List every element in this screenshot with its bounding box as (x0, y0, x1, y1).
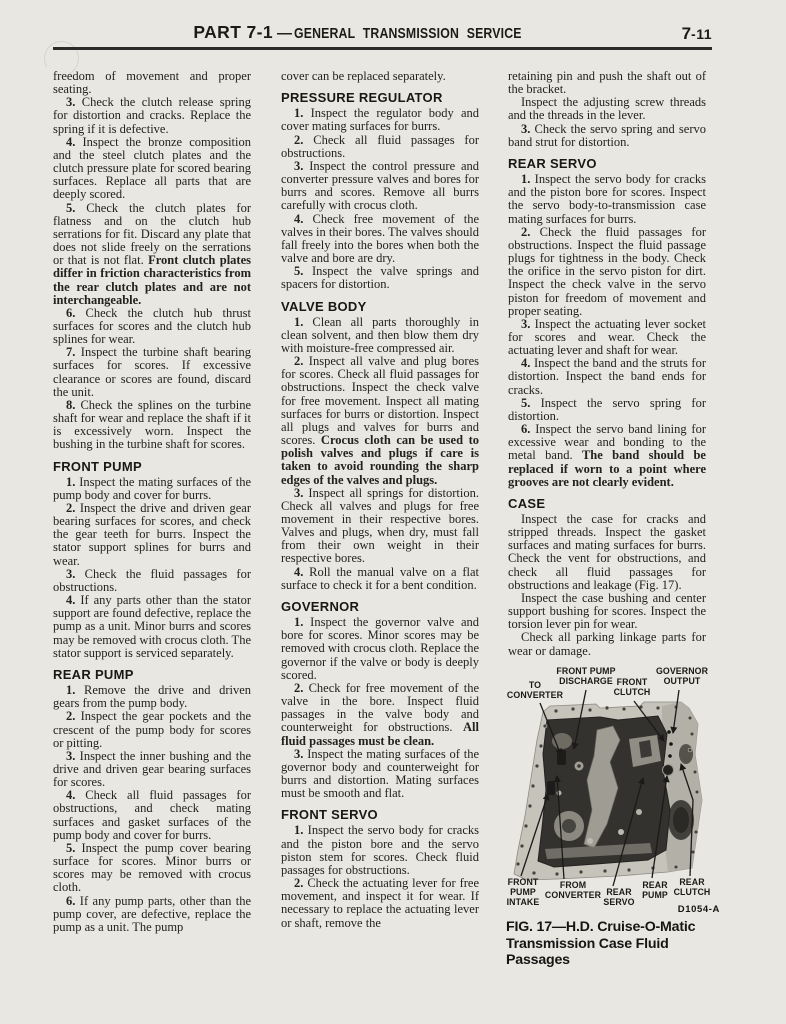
section-heading: REAR SERVO (508, 157, 706, 170)
figure-part-code: D1054-A (658, 904, 720, 915)
page-header: PART 7-1—GENERAL TRANSMISSION SERVICE 7-… (0, 0, 786, 60)
paragraph: 3. Inspect the mating surfaces of the go… (281, 748, 479, 801)
text-column-1: freedom of movement and proper seating.3… (53, 70, 251, 934)
figure-caption: FIG. 17—H.D. Cruise-O-Matic Transmission… (506, 919, 731, 969)
paragraph: 3. Inspect the inner bushing and the dri… (53, 750, 251, 789)
header-rule (53, 47, 712, 50)
paragraph: 1. Inspect the regulator body and cover … (281, 107, 479, 133)
transmission-case-photo (500, 662, 786, 962)
paragraph: 4. If any parts other than the stator su… (53, 594, 251, 660)
paragraph: 1. Clean all parts thoroughly in clean s… (281, 316, 479, 355)
paragraph: 1. Inspect the mating surfaces of the pu… (53, 476, 251, 502)
paragraph: 3. Inspect the control pressure and conv… (281, 160, 479, 213)
paragraph: 2. Inspect the gear pockets and the cres… (53, 710, 251, 749)
page-number: 7-11 (682, 24, 712, 44)
paragraph: cover can be replaced separately. (281, 70, 479, 83)
paragraph: 2. Check for free movement of the valve … (281, 682, 479, 748)
part-number-label: PART 7-1 (193, 22, 273, 42)
figure-label-governor-output: GOVERNOR OUTPUT (648, 667, 716, 687)
paragraph: 5. Inspect the valve springs and spacers… (281, 265, 479, 291)
paragraph: 6. Inspect the servo band lining for exc… (508, 423, 706, 489)
paragraph: 8. Check the splines on the turbine shaf… (53, 399, 251, 452)
text-column-2: cover can be replaced separately.PRESSUR… (281, 70, 479, 930)
paragraph: 6. If any pump parts, other than the pum… (53, 895, 251, 934)
page-title: PART 7-1—GENERAL TRANSMISSION SERVICE (53, 22, 712, 43)
paragraph: Inspect the case bushing and center supp… (508, 592, 706, 631)
paragraph: 1. Inspect the servo body for cracks and… (508, 173, 706, 226)
paragraph: 5. Check the clutch plates for flatness … (53, 202, 251, 307)
section-heading: PRESSURE REGULATOR (281, 91, 479, 104)
section-heading: VALVE BODY (281, 300, 479, 313)
paragraph: Check all parking linkage parts for wear… (508, 631, 706, 657)
paragraph: 7. Inspect the turbine shaft bearing sur… (53, 346, 251, 399)
paragraph: 1. Remove the drive and driven gears fro… (53, 684, 251, 710)
paragraph: 3. Check the servo spring and servo band… (508, 123, 706, 149)
title-separator: — (273, 25, 294, 42)
section-heading: REAR PUMP (53, 668, 251, 681)
paragraph: 3. Check the clutch release spring for d… (53, 96, 251, 135)
paragraph: 4. Inspect the band and the struts for d… (508, 357, 706, 396)
paragraph: 1. Inspect the servo body for cracks and… (281, 824, 479, 877)
paragraph: 2. Inspect all valve and plug bores for … (281, 355, 479, 487)
paragraph: Inspect the case for cracks and stripped… (508, 513, 706, 592)
section-heading: FRONT PUMP (53, 460, 251, 473)
paragraph: 2. Check the fluid passages for obstruct… (508, 226, 706, 318)
paragraph: 3. Check the fluid passages for obstruct… (53, 568, 251, 594)
paragraph: 1. Inspect the governor valve and bore f… (281, 616, 479, 682)
paragraph: 5. Inspect the pump cover bearing surfac… (53, 842, 251, 895)
paragraph: 3. Inspect the actuating lever socket fo… (508, 318, 706, 357)
paragraph: 2. Check the actuating lever for free mo… (281, 877, 479, 930)
paragraph: 5. Inspect the servo spring for distorti… (508, 397, 706, 423)
section-title: GENERAL TRANSMISSION SERVICE (294, 25, 522, 42)
paragraph: 4. Check all fluid passages for obstruct… (53, 789, 251, 842)
figure-label-rear-clutch: REAR CLUTCH (665, 878, 719, 898)
paragraph: Inspect the adjusting screw threads and … (508, 96, 706, 122)
manual-page: PART 7-1—GENERAL TRANSMISSION SERVICE 7-… (0, 0, 786, 1024)
section-heading: FRONT SERVO (281, 808, 479, 821)
paragraph: 4. Inspect the bronze composition and th… (53, 136, 251, 202)
paragraph: retaining pin and push the shaft out of … (508, 70, 706, 96)
paragraph: 2. Inspect the drive and driven gear bea… (53, 502, 251, 568)
paragraph: 2. Check all fluid passages for obstruct… (281, 134, 479, 160)
paragraph: 4. Roll the manual valve on a flat surfa… (281, 566, 479, 592)
text-column-3: retaining pin and push the shaft out of … (508, 70, 706, 658)
section-heading: CASE (508, 497, 706, 510)
paragraph: 6. Check the clutch hub thrust surfaces … (53, 307, 251, 346)
section-heading: GOVERNOR (281, 600, 479, 613)
paragraph: 4. Check free movement of the valves in … (281, 213, 479, 266)
figure-17: TO CONVERTER FRONT PUMP DISCHARGE FRONT … (500, 662, 786, 1002)
paragraph: 3. Inspect all springs for distortion. C… (281, 487, 479, 566)
paragraph: freedom of movement and proper seating. (53, 70, 251, 96)
